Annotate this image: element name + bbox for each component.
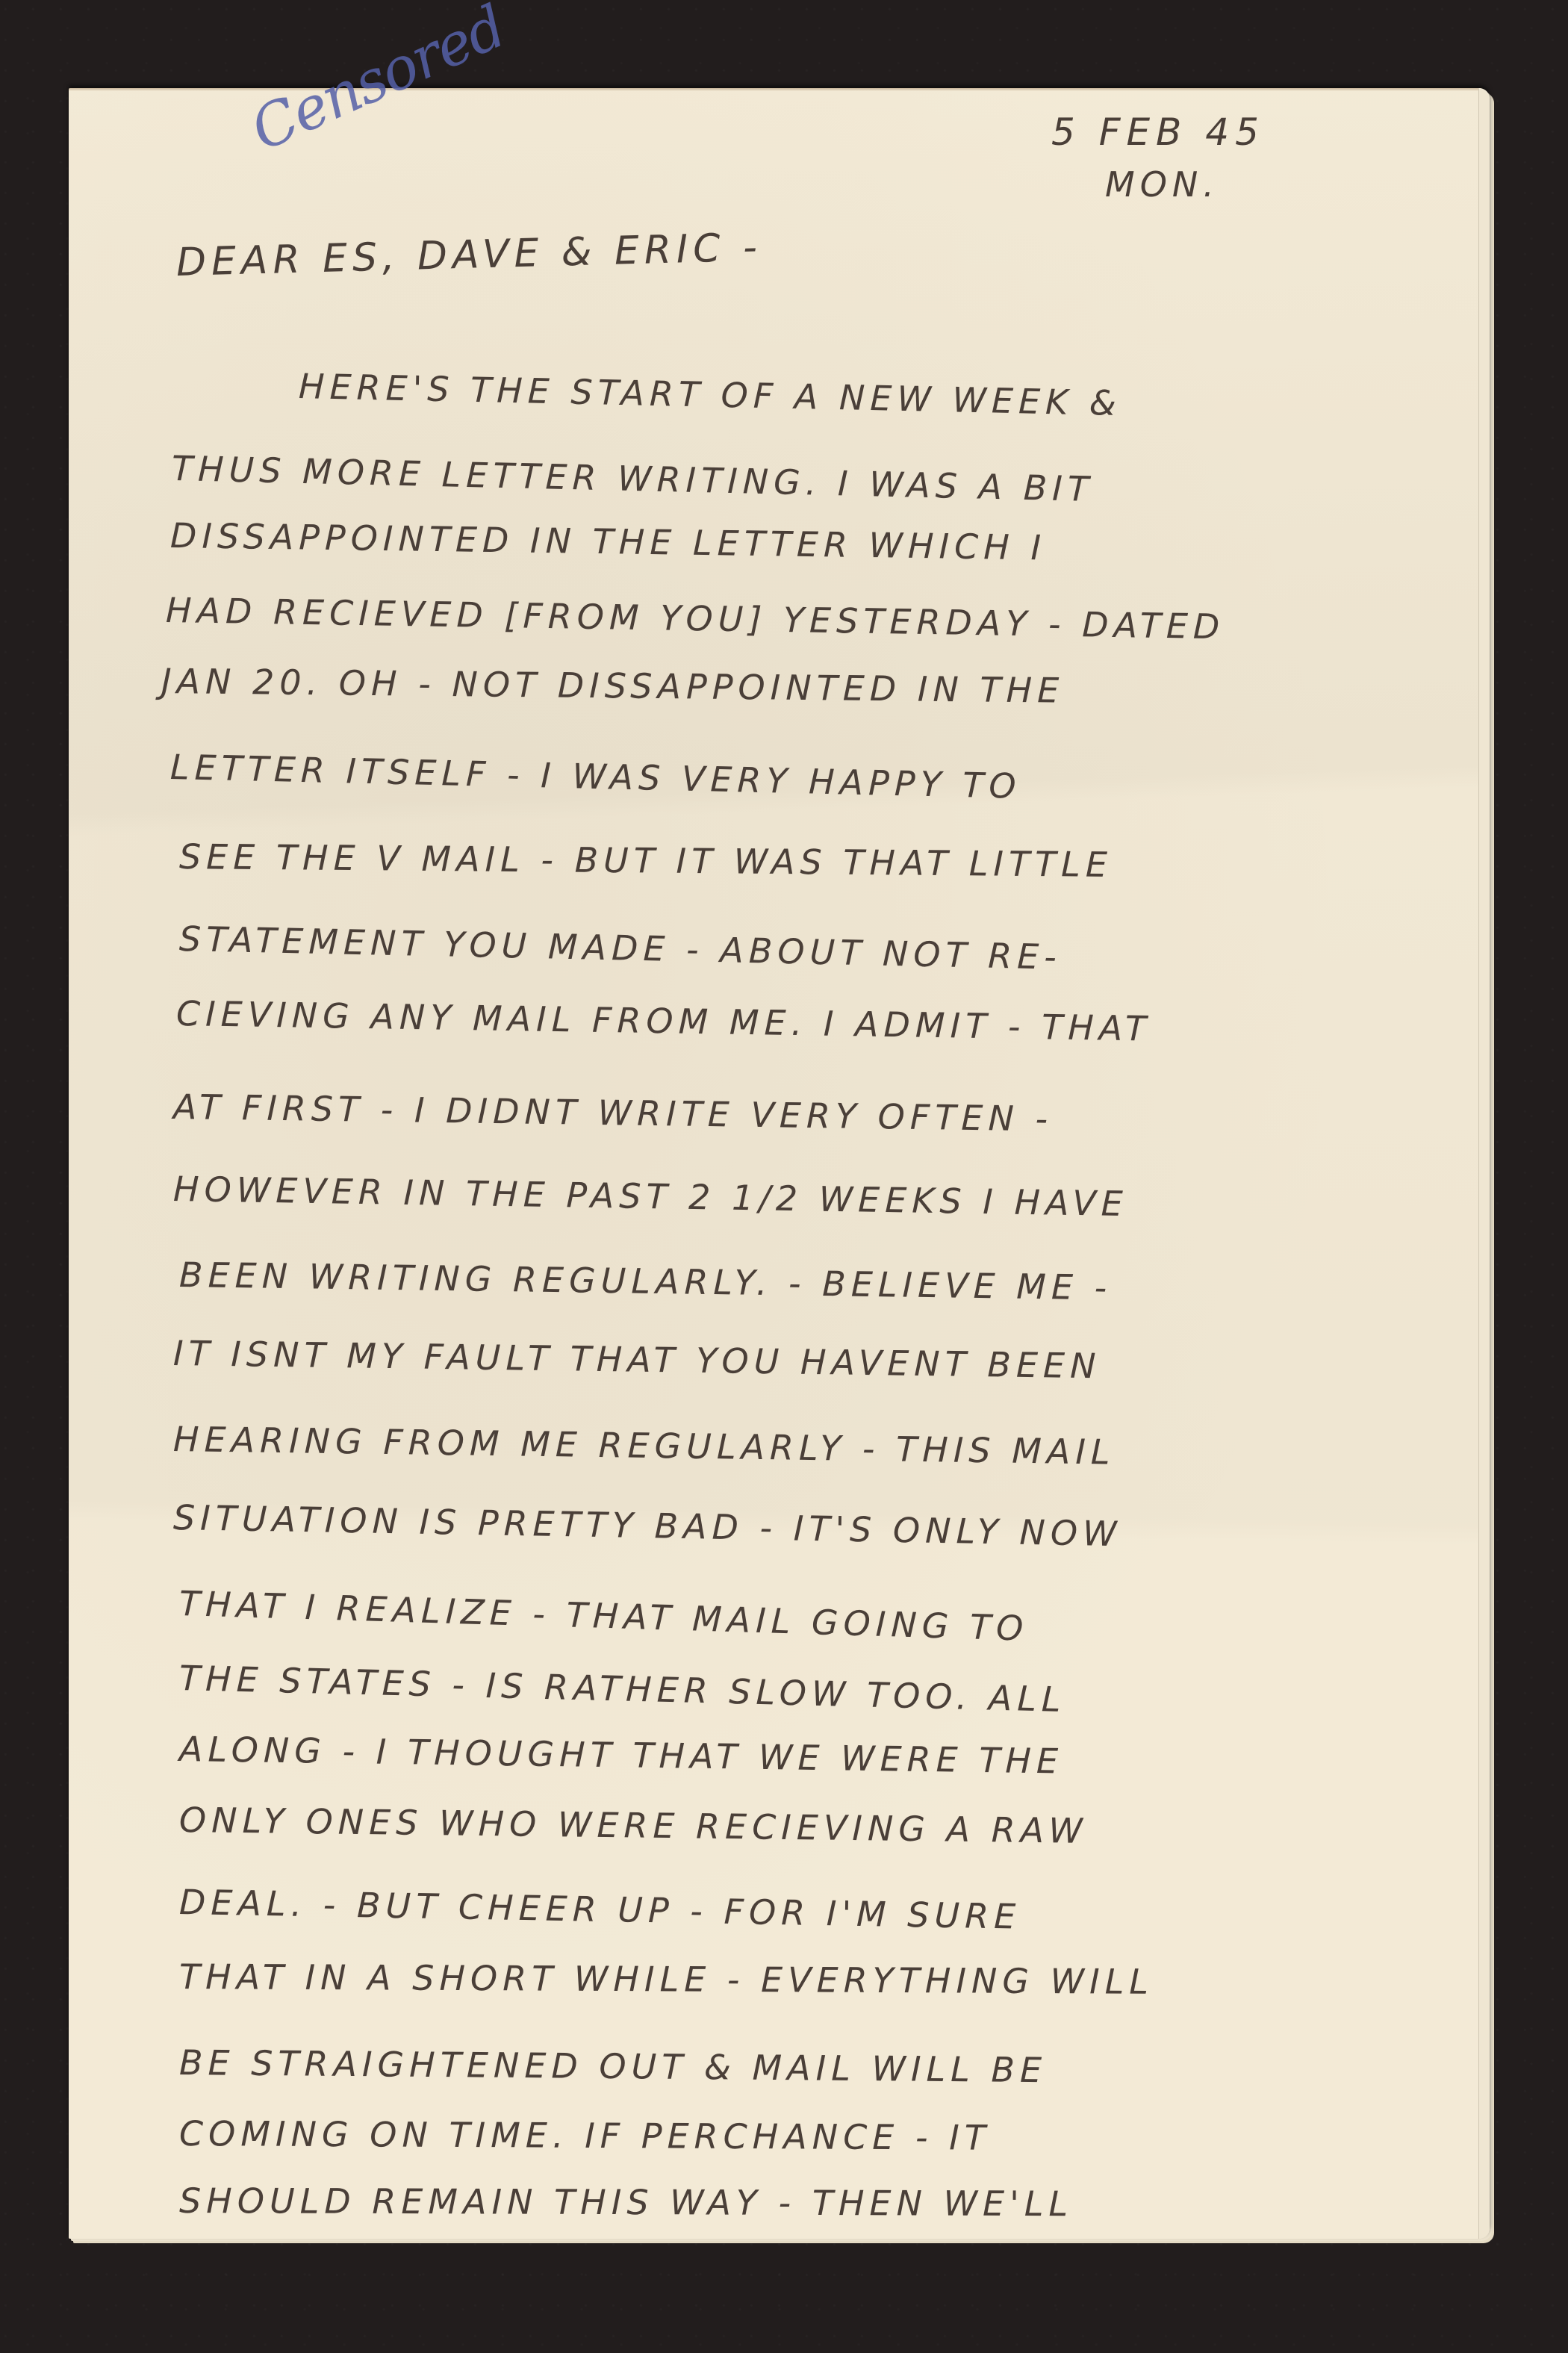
letter-date: 5 FEB 45 [1051,111,1265,154]
paper-edge [1478,88,1490,2239]
body-line: should remain this way - then we'll [179,2181,1073,2224]
body-line: be straightened out & mail will be [179,2042,1048,2090]
letter-day: Mon. [1105,164,1219,205]
body-line: that in a short while - everything will [179,1956,1154,2002]
body-line: see the V Mail - but it was that little [179,836,1113,885]
body-line: coming on time. If perchance - it [179,2113,991,2158]
